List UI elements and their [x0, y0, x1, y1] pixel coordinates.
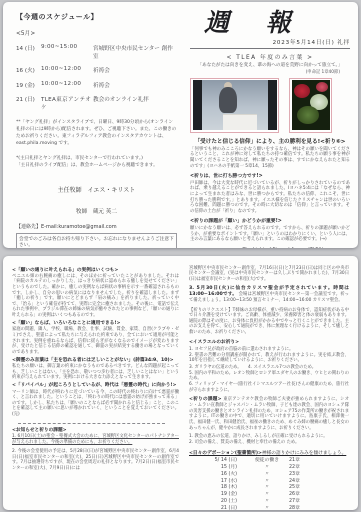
section-heading: <御霊のみ言葉は「主を恐れる者には乏しいことがない」(詩篇34:9、10)>	[12, 358, 179, 364]
prayer-subitem: 2. 司会の備え、賛美の備え、機材と奉仕の備えの ため。	[189, 440, 349, 446]
devotion-row: 19 (金) 〃 26章	[195, 492, 349, 499]
flower	[294, 84, 310, 98]
announcements-heading: <お知らせと祈りの課題>	[12, 428, 179, 434]
inner-right-column: 宮城野区中央市民センター創作室、7月16日(日)と7月23日(日)は同じ区の中央…	[184, 256, 358, 510]
prayer-subitem: 1. 教会の恵みの伝道、語りかけ、みしるしが正確に受けられるように。	[189, 434, 349, 440]
schedule-time: TLEA東京アンテオケ	[41, 95, 93, 111]
article-paragraph-verse: 「何事でも神のみこころにかなう願いをするなら、神はその願いを聞いてくださるという…	[190, 147, 350, 170]
devotion-date: 19 (金)	[195, 492, 245, 499]
section-heading: <「願いの通りに叶えられる」の実例はいくつも>	[12, 268, 179, 274]
bulletin-sheet-front: 【今週のスケジュール】 <5月> 14 (日) 9:00~15:00 宮城野区中…	[3, 2, 358, 248]
section-paragraph: ペニエル姉の右腕痛の癒しには、そのほかに祈っていたことがありました。それは「病院…	[12, 274, 179, 319]
devotion-date: 16 (火)	[195, 472, 245, 479]
prayer-request: 【祈りのリクエスト】T姉妹のお母様が、重い持病のお身体で、認知症状がある中で日々…	[189, 308, 349, 336]
israel-prayer-item: 5. 国内の平和のため。レオン牧師とロシア軍ユダヤ人のお働き、ウヒとの関わりのた…	[189, 371, 349, 382]
header-rule	[190, 48, 350, 49]
schedule-date: 19 (金)	[16, 81, 41, 89]
devotion-row: 20 (土) 〃 27章	[195, 499, 349, 506]
article-subheading: <祈りの課題が「願い」かどうかが重要!>	[190, 217, 350, 224]
article-subheading: <祈りは、世に打ち勝つ力です!>	[190, 172, 350, 179]
photo-row	[190, 78, 350, 133]
bulletin-sheet-inner: <「願いの通りに叶えられる」の実例はいくつも> ペニエル姉の右腕痛の癒しには、そ…	[3, 256, 358, 510]
section-paragraph: 私たちの願いは、御言葉の約束にかなうものであるべきです。どんな問題が起こっても、…	[12, 364, 179, 381]
speaker-figure	[219, 87, 237, 113]
prayer-topics-text: 東京アンテオケ教会の牧師ご夫妻が強められますように。シオン・ムラい宣教師とジャス…	[189, 397, 349, 430]
devotion-row: 21 (日) 〃 28章	[195, 506, 349, 510]
masthead-title: 週 報	[190, 10, 350, 36]
schedule-date: 21 (日)	[16, 95, 41, 111]
inner-left-column: <「願いの通りに叶えられる」の実例はいくつも> ペニエル姉の右腕痛の癒しには、そ…	[3, 256, 184, 510]
schedule-page: 【今週のスケジュール】 <5月> 14 (日) 9:00~15:00 宮城野区中…	[3, 2, 183, 248]
schedule-place: 宮城野区中央市民センター 創作室	[93, 44, 177, 60]
schedule-date: 14 (日)	[16, 44, 41, 60]
issue-date: 2023年5月14日(日) 礼拝	[190, 38, 350, 46]
devotion-book: 〃	[245, 465, 289, 472]
motto-verse: 「あなたがたは向きを変え、葦の海への道を荒野に向かって旅立て。」	[190, 63, 350, 69]
devotion-book: 〃	[245, 499, 289, 506]
flower	[297, 106, 319, 124]
israel-prayer-item: 3. ガリラヤの伝道のため。 4. スイスラエル7つの教会のため。	[189, 365, 349, 371]
prayer-topics: <祈りの課題> 東京アンテオケ教会の牧師ご夫妻が強められますように。シオン・ムラ…	[189, 397, 349, 431]
devotion-chapter: 23章	[289, 472, 300, 479]
section-paragraph: マーリン師は、時代が終わりに近づいている今、この時代の終わりに向けて悪霊が働く、…	[12, 390, 179, 418]
israel-prayer-item: 6. フィリップ・マイヤー(旅行社イシマエルツアー社長)さんの健康のため、旅行社…	[189, 382, 349, 393]
devotion-table: 5/ 14 (日) 使徒の働き 21章 15 (月) 〃 22章 16 (火) …	[189, 458, 349, 510]
schedule-row: 16 (火) 10:00~12:00 祈祷会	[16, 66, 177, 74]
devotion-date: 18 (木)	[195, 485, 245, 492]
devotion-row: 18 (木) 〃 25章	[195, 485, 349, 492]
schedule-time: 9:00~15:00	[41, 44, 93, 60]
dashed-divider	[18, 423, 165, 424]
devotion-row: 15 (月) 〃 22章	[195, 465, 349, 472]
devotion-date: 5/ 14 (日)	[195, 458, 245, 465]
israel-prayer-item: 2. 聖書の苦難の分別講座が開かれて、教えが行われますように。実を結ぶ教会、10…	[189, 353, 349, 364]
announcement-item: 3. 5月30日(火)に仙台カリスマ聖会が予定されています。時間は13:00~1…	[189, 286, 349, 303]
schedule-place: 祈祷会	[93, 66, 177, 74]
schedule-place: 祈祷会	[93, 81, 177, 89]
devotion-chapter: 27章	[289, 499, 300, 506]
photo-pillar	[268, 80, 277, 130]
devotion-book: 〃	[245, 506, 289, 510]
motto-heading: < TLEA 年度のみ言葉 >	[190, 52, 350, 61]
devotion-book: 〃	[245, 472, 289, 479]
prayer-topics-heading: <祈りの課題>	[189, 397, 222, 402]
chief-pastor-line: 主任牧師 イエス・キリスト	[16, 185, 177, 194]
schedule-time: 10:00~12:00	[41, 81, 93, 89]
devotion-row: 16 (火) 〃 23章	[195, 472, 349, 479]
schedule-month: <5月>	[16, 28, 177, 37]
schedule-time: 10:00~12:00	[41, 66, 93, 74]
live-stream-note-line1: *(主日礼拝とヤング礼拝は、市民センターで行われています。)	[16, 155, 177, 162]
live-stream-note: *(主日礼拝とヤング礼拝は、市民センターで行われています。) 「主日礼拝のライブ…	[16, 155, 177, 170]
devotion-date: 21 (日)	[195, 506, 245, 510]
photo-pillar	[193, 80, 202, 130]
schedule-title: 【今週のスケジュール】	[16, 12, 177, 22]
contact-email: 【連絡先】E-mail:kuramotoe@gmail.com	[16, 223, 177, 230]
flowers-photo	[289, 78, 332, 133]
devotion-heading-rest: 神様の語りかけにみみを傾けましょう。	[262, 451, 346, 456]
article-title: 「受けたと信じる信仰」により、主の勝利を見る!<祈り⑥>	[190, 137, 350, 145]
devotion-chapter: 26章	[289, 492, 300, 499]
israel-prayer-item: 1. ヨセフ兄が政府の首脳の前に遣わされますように。	[189, 347, 349, 353]
flower	[316, 82, 328, 92]
announcement-item: 1. 6月10日(土)の聖会・聖餐式大会のために、宮城野区文化センターのパトナシ…	[12, 434, 179, 445]
schedule-row: 19 (金) 10:00~12:00 祈祷会	[16, 81, 177, 89]
schedule-date: 16 (火)	[16, 66, 41, 74]
section-heading: <「リバイバル」が起ころうとしているが、時代は「悪霊の時代」に向かう!>	[12, 383, 179, 389]
trash-warning-box: 会堂でのごみは各自お持ち帰り下さい。お忘れになりませんようご注意下さい。	[16, 233, 177, 248]
devotion-book: 〃	[245, 492, 289, 499]
devotion-heading: <日々のデボーション(聖書箇所)>神様の語りかけにみみを傾けましょう。	[189, 450, 349, 457]
motto-reference: (申命記 1章40節)	[190, 69, 350, 75]
devotion-date: 20 (土)	[195, 499, 245, 506]
section-paragraph: 家庭の問題、隣人、学校、職場、教会、仕事、試験、賃金、家賃、自習(クラブや・ゼミ…	[12, 327, 179, 355]
devotion-row: 5/ 14 (日) 使徒の働き 21章	[195, 458, 349, 465]
article-paragraph: 戸田師は、今は大変な時代に近づいているが、祈りがしっかりされているのであれば、乗…	[190, 181, 350, 215]
announcement-continued: 宮城野区中央市民センター創作室、7月16日(日)と7月23日(日)は同じ区の中央…	[189, 266, 349, 283]
podium	[223, 114, 257, 130]
devotion-date: 15 (月)	[195, 465, 245, 472]
devotion-date: 17 (水)	[195, 479, 245, 486]
devotion-row: 17 (水) 〃 24章	[195, 479, 349, 486]
sermon-photo	[190, 78, 279, 133]
pastor-line: 牧師 蔵元 英二	[16, 207, 177, 215]
section-heading: <「願い」ならば、いろいろなことに適用できる!>	[12, 321, 179, 327]
schedule-row: 14 (日) 9:00~15:00 宮城野区中央市民センター 創作室	[16, 44, 177, 60]
devotion-heading-bold: <日々のデボーション(聖書箇所)>	[189, 451, 262, 456]
front-page: 週 報 2023年5月14日(日) 礼拝 < TLEA 年度のみ言葉 > 「あな…	[186, 2, 358, 248]
devotion-chapter: 28章	[289, 506, 300, 510]
devotion-chapter: 22章	[289, 465, 300, 472]
young-worship-note: **「ヤング礼拝」がインスタライブで、日曜日、9時30分頃から(オンライン礼拝の…	[16, 120, 177, 148]
schedule-place: 教会のオンライン礼拝	[93, 95, 177, 111]
article-paragraph: 願いにかなう願いは、必ず答えられるのです。ですから、祈りの課題が願いかどうか、が…	[190, 226, 350, 243]
announcement-item: 2. 今後の会堂使用の予定は、5月28日(日)が宮城野区中央市民センター創作室、…	[12, 449, 179, 471]
live-stream-note-line2: 「主日礼拝のライブ配信」は、教会ホームページから視聴できます。	[16, 162, 177, 169]
israel-prayer-heading: <イスラエルのお祈り>	[189, 340, 349, 346]
schedule-row: 21 (日) TLEA東京アンテオケ 教会のオンライン礼拝	[16, 95, 177, 111]
